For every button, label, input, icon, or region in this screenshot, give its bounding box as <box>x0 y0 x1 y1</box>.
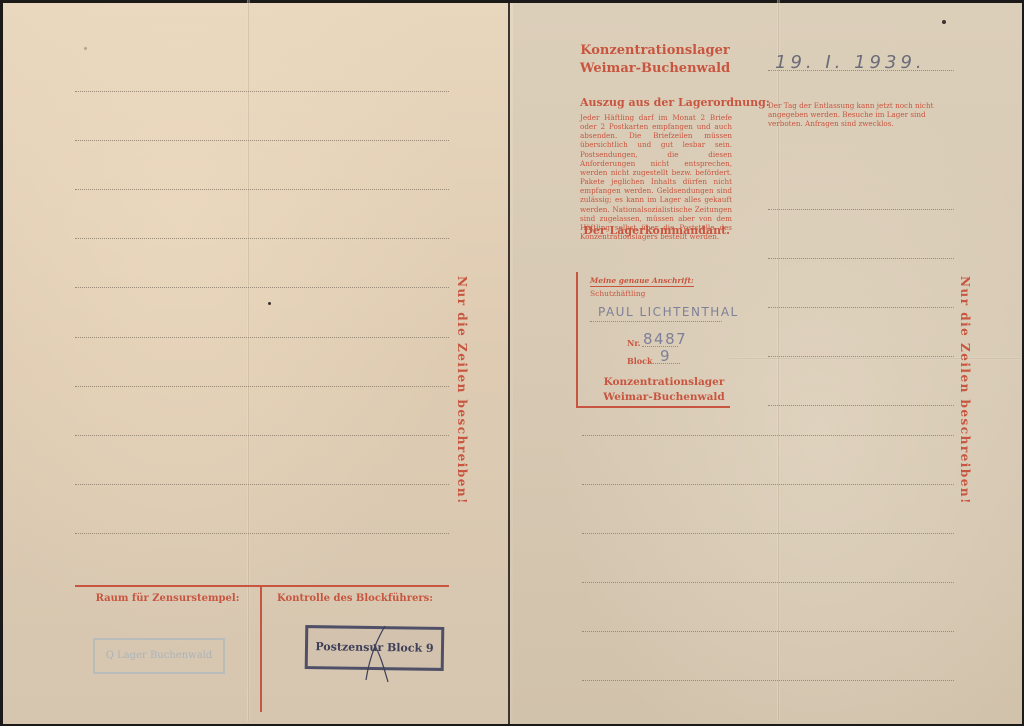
fold-crease <box>247 0 250 721</box>
writing-line <box>75 533 449 534</box>
writing-line <box>768 209 954 210</box>
writing-line <box>75 189 449 190</box>
writing-line <box>582 533 954 534</box>
blockleader-label: Kontrolle des Blockführers: <box>262 593 448 604</box>
writing-line <box>75 238 449 239</box>
date-line <box>768 70 954 71</box>
paper-spot <box>942 20 946 24</box>
writing-line <box>75 91 449 92</box>
name-line <box>590 321 722 322</box>
fold-crease <box>730 357 1020 360</box>
writing-line <box>75 386 449 387</box>
side-note-right: Nur die Zeilen beschreiben! <box>958 276 972 505</box>
writing-line <box>582 680 954 681</box>
address-role: Schutzhäftling <box>590 289 646 298</box>
address-footer-line1: Konzentrationslager <box>600 375 728 390</box>
block-label: Block <box>627 356 653 366</box>
number-label: Nr. <box>627 338 641 348</box>
camp-rules-signature: Der Lagerkommandant. <box>580 224 730 237</box>
writing-line <box>768 307 954 308</box>
writing-line <box>582 435 954 436</box>
writing-line <box>582 631 954 632</box>
writing-line <box>768 356 954 357</box>
footer-divider <box>75 585 449 587</box>
faded-stamp: Q Lager Buchenwald <box>93 638 225 674</box>
writing-line <box>768 258 954 259</box>
address-footer-line2: Weimar-Buchenwald <box>600 390 728 405</box>
camp-title-line2: Weimar-Buchenwald <box>575 60 735 78</box>
signature-scrawl-icon <box>360 624 390 684</box>
footer-column-divider <box>260 586 262 712</box>
writing-line <box>75 140 449 141</box>
writing-line <box>582 484 954 485</box>
censor-stamp-label: Raum für Zensurstempel: <box>75 593 260 604</box>
handwritten-name: PAUL LICHTENTHAL <box>598 305 739 319</box>
camp-rules-heading: Auszug aus der Lagerordnung: <box>580 96 770 109</box>
camp-rules-body: Jeder Häftling darf im Monat 2 Briefe od… <box>580 113 732 241</box>
writing-line <box>582 582 954 583</box>
address-heading: Meine genaue Anschrift: <box>590 276 694 287</box>
writing-line <box>75 287 449 288</box>
writing-line <box>75 484 449 485</box>
paper-spot <box>84 47 87 50</box>
side-note-left: Nur die Zeilen beschreiben! <box>455 276 469 505</box>
left-page <box>3 3 512 724</box>
writing-line <box>768 405 954 406</box>
block-line <box>650 363 680 364</box>
paper-spot <box>268 302 271 305</box>
writing-line <box>75 337 449 338</box>
release-note: Der Tag der Entlassung kann jetzt noch n… <box>768 101 938 129</box>
camp-title-line1: Konzentrationslager <box>575 42 735 60</box>
center-seam <box>508 3 510 724</box>
writing-line <box>75 435 449 436</box>
